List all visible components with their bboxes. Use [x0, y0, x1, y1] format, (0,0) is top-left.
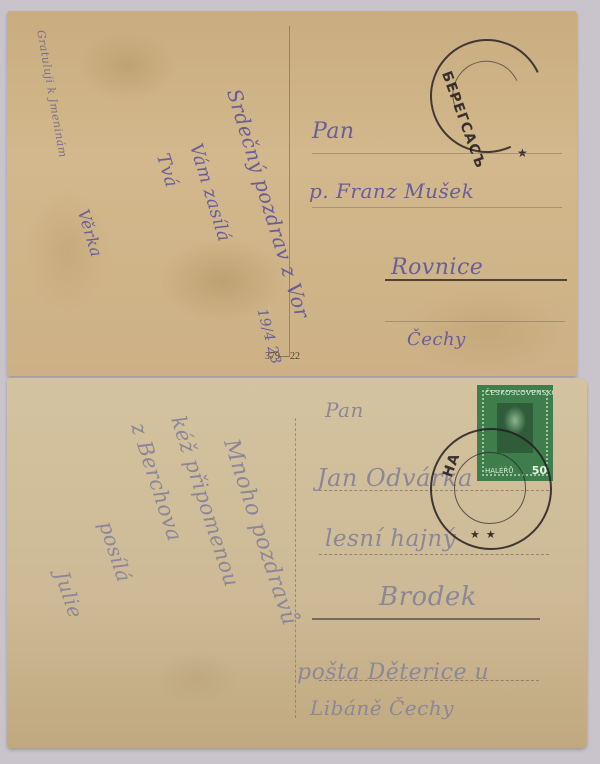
- message-line-2: Vám zasílá: [185, 141, 235, 244]
- address-post: pošta Děterice u: [297, 660, 489, 685]
- address-salutation: Pan: [312, 119, 355, 144]
- printed-number: 379—22: [265, 351, 300, 362]
- message-line-5: Julie: [50, 568, 88, 621]
- address-line-2: [319, 554, 549, 555]
- address-region: Libáně Čechy: [310, 696, 454, 720]
- address-line-4: [319, 680, 539, 681]
- message-line-3: Tvá: [152, 151, 182, 190]
- address-town: Rovnice: [391, 255, 483, 280]
- address-name: p. Franz Mušek: [309, 179, 474, 203]
- address-line-3: [312, 618, 540, 620]
- address-line-2: [312, 207, 562, 208]
- address-occupation: lesní hajný: [325, 526, 456, 552]
- address-line-4: [385, 321, 565, 322]
- address-line-1: [312, 153, 562, 154]
- message-line-4: posílá: [94, 518, 136, 585]
- stamp-country: ČESKOSLOVENSKO: [485, 389, 558, 397]
- address-region: Čechy: [407, 329, 466, 350]
- address-line-3: [385, 279, 567, 281]
- message-line-1: Srdečný pozdrav z Vor: [222, 86, 315, 321]
- postmark-top: [414, 23, 560, 169]
- message-line-4: Věrka: [74, 207, 106, 259]
- postcard-top: Gratuluji k Jmeninám Srdečný pozdrav z V…: [7, 11, 577, 376]
- address-town: Brodek: [379, 582, 477, 612]
- margin-note: Gratuluji k Jmeninám: [34, 29, 69, 159]
- message-line-1: Mnoho pozdravů: [218, 436, 302, 629]
- address-salutation: Pan: [325, 398, 364, 422]
- postmark-bottom-stars: ★ ★: [470, 528, 497, 541]
